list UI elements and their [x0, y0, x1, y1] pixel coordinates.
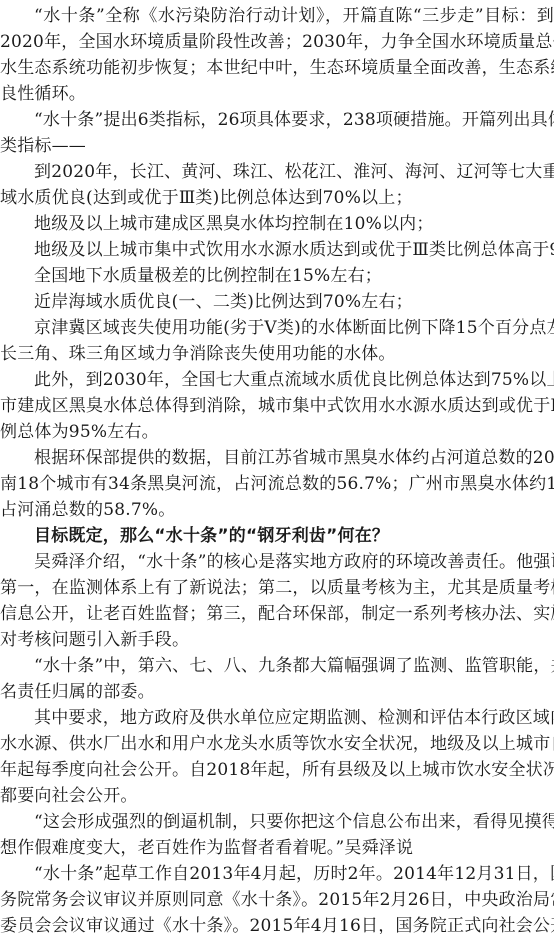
- document-page: “水十条”全称《水污染防治行动计划》，开篇直陈“三步走”目标：到2020年，全国…: [0, 0, 554, 934]
- text-line: 2020年，全国水环境质量阶段性改善；2030年，力争全国水环境质量总体改善，: [0, 29, 554, 55]
- text-line: 域水质优良(达到或优于Ⅲ类)比例总体达到70%以上；: [0, 185, 554, 211]
- section-heading: 目标既定，那么“水十条”的“钢牙利齿”何在？: [0, 523, 554, 549]
- text-line: 此外，到2030年，全国七大重点流域水质优良比例总体达到75%以上，城: [0, 367, 554, 393]
- text-line: 年起每季度向社会公开。自2018年起，所有县级及以上城市饮水安全状况信息: [0, 757, 554, 783]
- text-line: 务院常务会议审议并原则同意《水十条》。2015年2月26日，中央政治局常务: [0, 887, 554, 913]
- text-line: 例总体为95%左右。: [0, 419, 554, 445]
- text-line: 地级及以上城市建成区黑臭水体均控制在10%以内；: [0, 211, 554, 237]
- text-line: 委员会会议审议通过《水十条》。2015年4月16日，国务院正式向社会公开《水: [0, 913, 554, 934]
- text-line: 类指标——: [0, 133, 554, 159]
- text-line: 第一，在监测体系上有了新说法；第二，以质量考核为主，尤其是质量考核后要: [0, 575, 554, 601]
- text-line: 水水源、供水厂出水和用户水龙头水质等饮水安全状况，地级及以上城市自2016: [0, 731, 554, 757]
- text-line: “水十条”提出6类指标，26项具体要求，238项硬措施。开篇列出具体6: [0, 107, 554, 133]
- text-line: 其中要求，地方政府及供水单位应定期监测、检测和评估本行政区域内饮用: [0, 705, 554, 731]
- text-line: 根据环保部提供的数据，目前江苏省城市黑臭水体约占河道总数的20%；河: [0, 445, 554, 471]
- text-line: 想作假难度变大，老百姓作为监督者看着呢。”吴舜泽说: [0, 835, 554, 861]
- text-line: 京津冀区域丧失使用功能(劣于Ⅴ类)的水体断面比例下降15个百分点左右，: [0, 315, 554, 341]
- text-line: 长三角、珠三角区域力争消除丧失使用功能的水体。: [0, 341, 554, 367]
- text-line: 全国地下水质量极差的比例控制在15%左右；: [0, 263, 554, 289]
- text-line: 良性循环。: [0, 81, 554, 107]
- text-line: 信息公开，让老百姓监督；第三，配合环保部，制定一系列考核办法、实施机制，: [0, 601, 554, 627]
- text-line: “水十条”全称《水污染防治行动计划》，开篇直陈“三步走”目标：到: [0, 3, 554, 29]
- text-line: 地级及以上城市集中式饮用水水源水质达到或优于Ⅲ类比例总体高于93%；: [0, 237, 554, 263]
- text-line: “水十条”中，第六、七、八、九条都大篇幅强调了监测、监管职能，并点: [0, 653, 554, 679]
- text-line: 近岸海域水质优良(一、二类)比例达到70%左右；: [0, 289, 554, 315]
- text-line: 吴舜泽介绍，“水十条”的核心是落实地方政府的环境改善责任。他强调，: [0, 549, 554, 575]
- text-line: 都要向社会公开。: [0, 783, 554, 809]
- text-line: 占河涌总数的58.7%。: [0, 497, 554, 523]
- text-line: 南18个城市有34条黑臭河流，占河流总数的56.7%；广州市黑臭水体约135个，: [0, 471, 554, 497]
- text-line: 名责任归属的部委。: [0, 679, 554, 705]
- text-line: “水十条”起草工作自2013年4月起，历时2年。2014年12月31日，国: [0, 861, 554, 887]
- text-line: 水生态系统功能初步恢复；本世纪中叶，生态环境质量全面改善，生态系统实现: [0, 55, 554, 81]
- text-line: 到2020年，长江、黄河、珠江、松花江、淮河、海河、辽河等七大重点流: [0, 159, 554, 185]
- text-line: “这会形成强烈的倒逼机制，只要你把这个信息公布出来，看得见摸得着，: [0, 809, 554, 835]
- text-line: 对考核问题引入新手段。: [0, 627, 554, 653]
- text-line: 市建成区黑臭水体总体得到消除，城市集中式饮用水水源水质达到或优于Ⅲ类比: [0, 393, 554, 419]
